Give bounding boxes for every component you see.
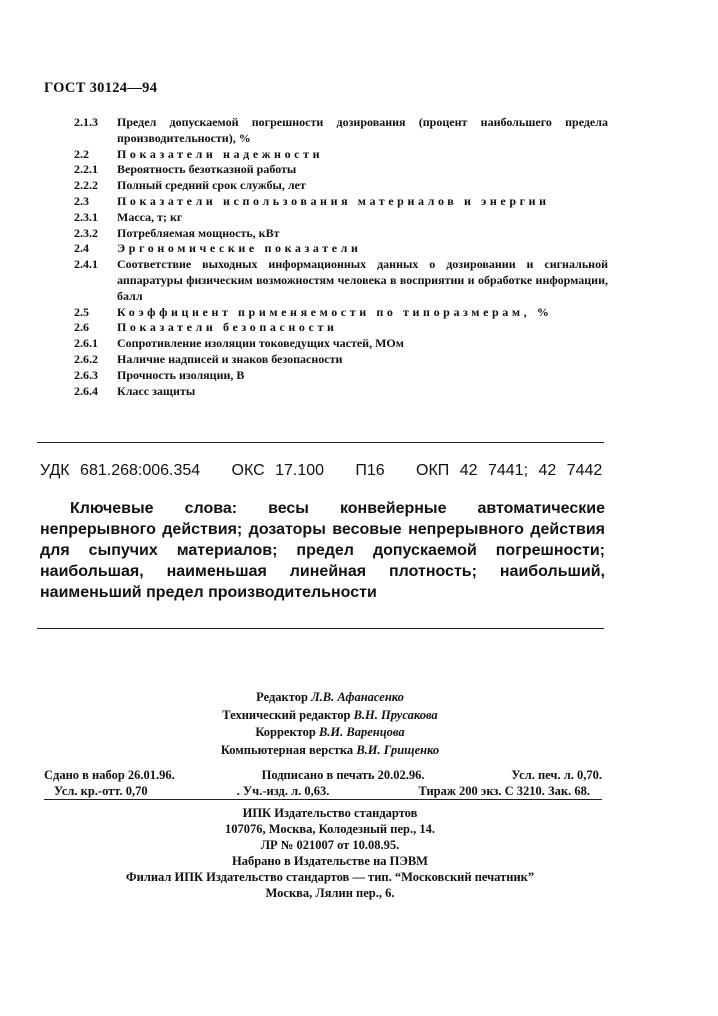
list-item: 2.4.1Соответствие выходных информационны…	[74, 257, 608, 304]
okp-code: ОКП 42 7441; 42 7442	[416, 462, 602, 479]
keywords-text: Ключевые слова: весы конвейерные автомат…	[40, 498, 605, 603]
list-item: 2.3Показатели использования материалов и…	[74, 194, 608, 210]
credit-role: Технический редактор	[222, 708, 350, 722]
credit-line: Редактор Л.В. Афанасенко	[150, 689, 510, 707]
publisher-line: ЛР № 021007 от 10.08.95.	[60, 837, 600, 853]
item-number: 2.6.1	[74, 336, 117, 352]
publisher-line: Набрано в Издательстве на ПЭВМ	[60, 853, 600, 869]
list-item: 2.6.4Класс защиты	[74, 384, 608, 400]
item-number: 2.4	[74, 241, 117, 257]
credit-name: В.Н. Прусакова	[354, 708, 438, 722]
list-item: 2.2.1Вероятность безотказной работы	[74, 162, 608, 178]
list-item: 2.1.3Предел допускаемой погрешности дози…	[74, 115, 608, 147]
classification-line: УДК 681.268:006.354 ОКС 17.100 П16 ОКП 4…	[40, 462, 602, 480]
print-signed-date: Подписано в печать 20.02.96.	[262, 768, 425, 784]
imprint-block: Сдано в набор 26.01.96. Подписано в печа…	[44, 768, 602, 800]
item-text: Масса, т; кг	[117, 210, 608, 226]
credit-line: Корректор В.И. Варенцова	[150, 724, 510, 742]
publisher-block: ИПК Издательство стандартов 107076, Моск…	[60, 805, 600, 901]
list-item: 2.4Эргономические показатели	[74, 241, 608, 257]
oks-code: ОКС 17.100	[232, 462, 325, 479]
item-number: 2.3.1	[74, 210, 117, 226]
udk-code: УДК 681.268:006.354	[40, 462, 200, 479]
item-text: Класс защиты	[117, 384, 608, 400]
publisher-line: 107076, Москва, Колодезный пер., 14.	[60, 821, 600, 837]
item-number: 2.3.2	[74, 226, 117, 242]
item-text: Наличие надписей и знаков безопасности	[117, 352, 608, 368]
credit-name: В.И. Варенцова	[319, 725, 405, 739]
credit-role: Корректор	[255, 725, 316, 739]
item-number: 2.2	[74, 147, 117, 163]
divider	[37, 628, 604, 629]
item-text: Предел допускаемой погрешности дозирован…	[117, 115, 608, 147]
item-number: 2.5	[74, 305, 117, 321]
credit-line: Компьютерная верстка В.И. Грищенко	[150, 742, 510, 760]
publisher-line: Москва, Лялин пер., 6.	[60, 885, 600, 901]
item-text: Потребляемая мощность, кВт	[117, 226, 608, 242]
list-item: 2.2Показатели надежности	[74, 147, 608, 163]
item-number: 2.2.2	[74, 178, 117, 194]
list-item: 2.6Показатели безопасности	[74, 320, 608, 336]
list-item: 2.3.1Масса, т; кг	[74, 210, 608, 226]
credit-role: Редактор	[256, 690, 308, 704]
item-number: 2.6	[74, 320, 117, 336]
imprint-line: Сдано в набор 26.01.96. Подписано в печа…	[44, 768, 602, 784]
list-item: 2.3.2Потребляемая мощность, кВт	[74, 226, 608, 242]
imprint-line: Усл. кр.-отт. 0,70 . Уч.-изд. л. 0,63. Т…	[44, 784, 602, 801]
item-number: 2.6.3	[74, 368, 117, 384]
circulation: Тираж 200 экз. С 3210. Зак. 68.	[418, 784, 590, 800]
group-code: П16	[355, 462, 384, 479]
item-number: 2.6.2	[74, 352, 117, 368]
item-text: Вероятность безотказной работы	[117, 162, 608, 178]
credit-line: Технический редактор В.Н. Прусакова	[150, 707, 510, 725]
item-number: 2.6.4	[74, 384, 117, 400]
color-prints: Усл. кр.-отт. 0,70	[54, 784, 148, 800]
indicators-list: 2.1.3Предел допускаемой погрешности дози…	[74, 115, 608, 399]
item-number: 2.2.1	[74, 162, 117, 178]
credit-role: Компьютерная верстка	[221, 743, 353, 757]
keywords-block: Ключевые слова: весы конвейерные автомат…	[40, 498, 605, 603]
item-text: Полный средний срок службы, лет	[117, 178, 608, 194]
section-heading: Показатели использования материалов и эн…	[117, 194, 608, 210]
item-text: Соответствие выходных информационных дан…	[117, 257, 608, 304]
item-number: 2.3	[74, 194, 117, 210]
list-item: 2.6.3Прочность изоляции, В	[74, 368, 608, 384]
item-text: Сопротивление изоляции токоведущих часте…	[117, 336, 608, 352]
publisher-line: ИПК Издательство стандартов	[60, 805, 600, 821]
divider	[37, 442, 604, 443]
document-header: ГОСТ 30124—94	[44, 80, 157, 97]
publisher-sheets: . Уч.-изд. л. 0,63.	[237, 784, 330, 800]
print-sheets: Усл. печ. л. 0,70.	[511, 768, 602, 784]
item-number: 2.4.1	[74, 257, 117, 304]
item-text: Прочность изоляции, В	[117, 368, 608, 384]
section-heading: Эргономические показатели	[117, 241, 608, 257]
section-heading: Коэффициент применяемости по типоразмера…	[117, 305, 608, 321]
item-number: 2.1.3	[74, 115, 117, 147]
list-item: 2.5Коэффициент применяемости по типоразм…	[74, 305, 608, 321]
section-heading: Показатели безопасности	[117, 320, 608, 336]
credits-block: Редактор Л.В. Афанасенко Технический ред…	[150, 689, 510, 759]
list-item: 2.2.2Полный средний срок службы, лет	[74, 178, 608, 194]
section-heading: Показатели надежности	[117, 147, 608, 163]
list-item: 2.6.2Наличие надписей и знаков безопасно…	[74, 352, 608, 368]
credit-name: Л.В. Афанасенко	[311, 690, 404, 704]
publisher-line: Филиал ИПК Издательство стандартов — тип…	[60, 869, 600, 885]
credit-name: В.И. Грищенко	[356, 743, 439, 757]
list-item: 2.6.1Сопротивление изоляции токоведущих …	[74, 336, 608, 352]
typeset-date: Сдано в набор 26.01.96.	[44, 768, 175, 784]
